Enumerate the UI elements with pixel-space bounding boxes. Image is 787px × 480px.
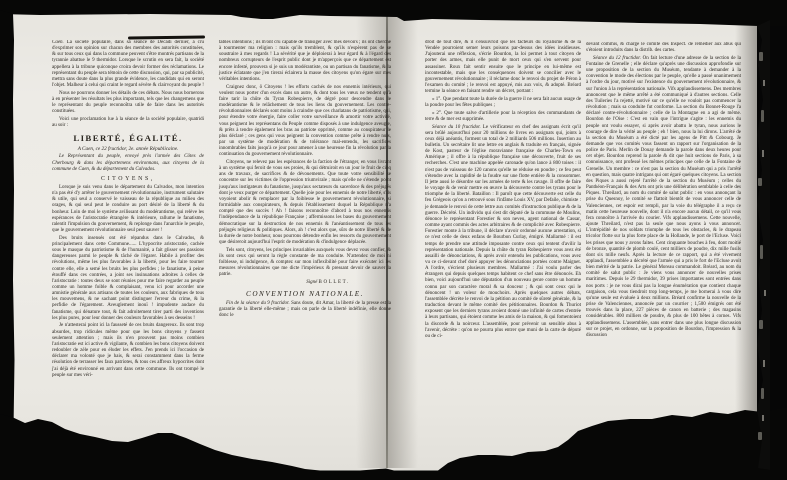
- text-block-paragraph: Caen. La société populaire, dans sa séan…: [52, 40, 204, 89]
- text-block-decree: « 1°. Que pendant toute la durée de la g…: [425, 97, 581, 109]
- text-block-paragraph: Voici une proclamation lue à la séance d…: [52, 117, 204, 129]
- text-block-paragraph: droit de tout dire, & il s'ensuivroit qu…: [425, 40, 581, 95]
- torn-edge-speckles: [758, 52, 764, 440]
- scan-canvas: Caen. La société populaire, dans sa séan…: [0, 0, 787, 480]
- signature-name: BOLLET.: [319, 280, 350, 285]
- torn-edge-right: [757, 20, 770, 470]
- paragraph-lead: Séance du 10 fructidor.: [432, 125, 483, 130]
- paragraph-lead: Caen.: [52, 40, 67, 45]
- signature-prefix: Signé: [306, 280, 318, 285]
- text-block-heading-small: CITOYENS,: [52, 176, 204, 182]
- text-block-paragraph: Fin de la séance du 9 fructidor. Sans do…: [219, 301, 391, 319]
- text-block-paragraph: Nous ne pourrons donner les détails de c…: [52, 91, 204, 116]
- right-page-column-2: devant commis, & charge le comité des In…: [586, 42, 741, 458]
- text-block-paragraph: Lorsque je suis venu dans le département…: [52, 185, 204, 234]
- left-page-column-2: tables intentions ; ils m'ont cru capabl…: [219, 40, 391, 460]
- text-block-paragraph: devant commis, & charge le comité des In…: [586, 42, 741, 54]
- text-block-heading-section: CONVENTION NATIONALE.: [219, 290, 391, 299]
- text-block-dateline: A Caen, ce 22 fructidor, 2e. année Répub…: [52, 146, 204, 152]
- text-block-paragraph: Séance du 10 fructidor. Le vérificateur …: [425, 125, 581, 340]
- text-block-signature: Signé BOLLET.: [219, 280, 391, 286]
- text-block-paragraph: Des bruits insensés ont été répandus dan…: [52, 236, 204, 322]
- text-block-lede-italic: Le Représentant du peuple, envoyé près l…: [52, 154, 204, 172]
- text-block-decree: « 2°. Que toute salve d'artillerie pour …: [425, 111, 581, 123]
- paragraph-lead: Fin de la séance du 9 fructidor.: [226, 301, 291, 306]
- right-page-column-1: droit de tout dire, & il s'ensuivroit qu…: [425, 40, 581, 454]
- text-block-paragraph: Craignez donc, ô Citoyens ! les efforts …: [219, 85, 391, 159]
- text-block-paragraph: Je n'attesterai point ici la fausseté de…: [52, 323, 204, 378]
- text-block-paragraph: Tels sont, citoyens, les principes invar…: [219, 248, 391, 279]
- text-block-paragraph: Séance du 12 fructidor. On fait lecture …: [586, 56, 741, 339]
- paragraph-lead: Séance du 12 fructidor.: [593, 56, 643, 61]
- text-block-paragraph: Citoyens, ne relevez pas les espérances …: [219, 160, 391, 246]
- torn-edge-speckles-light: [762, 80, 766, 421]
- left-page-column-1: Caen. La société populaire, dans sa séan…: [52, 40, 204, 454]
- text-block-paragraph: tables intentions ; ils m'ont cru capabl…: [219, 40, 391, 83]
- gutter-shadow-right: [388, 16, 418, 468]
- text-block-heading-main: LIBERTÉ, ÉGALITÉ.: [52, 133, 204, 143]
